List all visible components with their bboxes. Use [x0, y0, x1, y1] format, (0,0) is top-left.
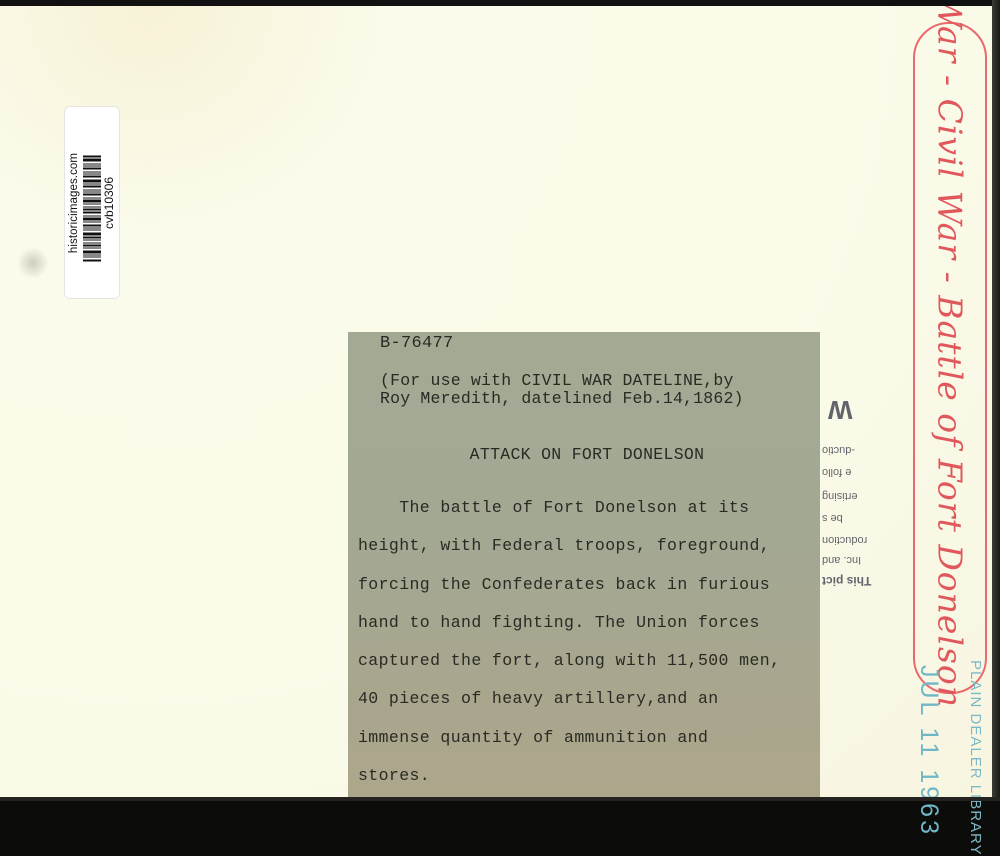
bleed-through-line: ertising — [822, 490, 857, 502]
bleed-through-line: Inc. and — [822, 554, 861, 566]
caption-body: The battle of Fort Donelson at its heigh… — [358, 498, 780, 801]
bleed-through-line: e follo — [822, 466, 851, 478]
caption-line: 40 pieces of heavy artillery,and an — [358, 689, 780, 727]
bleed-through-line: roduction — [822, 534, 867, 546]
caption-line: immense quantity of ammunition and — [358, 728, 780, 766]
caption-line: hand to hand fighting. The Union forces — [358, 613, 780, 651]
reference-number: B-76477 — [380, 334, 454, 353]
caption-line: forcing the Confederates back in furious — [358, 575, 780, 613]
bleed-through-line: be s — [822, 512, 843, 524]
sticker-id: cvb10306 — [103, 176, 116, 228]
caption-line: The battle of Fort Donelson at its — [358, 498, 780, 536]
bleed-through-stamp: W-ductioe folloertisingbe sroductionInc.… — [818, 394, 903, 589]
caption-line: height, with Federal troops, foreground, — [358, 536, 780, 574]
barcode-icon — [83, 144, 101, 262]
credit-line: (For use with CIVIL WAR DATELINE,by Roy … — [380, 372, 744, 408]
stain — [18, 246, 48, 280]
handwritten-annotation: War - Civil War - Battle of Fort Donelso… — [931, 6, 970, 708]
scan-bottom-edge — [0, 797, 1000, 801]
caption-headline: ATTACK ON FORT DONELSON — [348, 445, 820, 464]
bleed-through-line: -ductio — [822, 444, 855, 456]
caption-line: stores. — [358, 766, 780, 801]
library-stamp: PLAIN DEALER LIBRARY — [967, 660, 984, 801]
bleed-through-line: W — [828, 394, 853, 425]
caption-slip: B-76477 (For use with CIVIL WAR DATELINE… — [348, 332, 820, 801]
caption-line: captured the fort, along with 11,500 men… — [358, 651, 780, 689]
scan-right-edge — [992, 0, 1000, 801]
barcode-sticker: historicimages.com cvb10306 — [64, 106, 120, 299]
bleed-through-line: This pict — [822, 574, 871, 588]
date-stamp: JUL 11 1963 — [914, 665, 943, 801]
sticker-site: historicimages.com — [68, 152, 81, 252]
